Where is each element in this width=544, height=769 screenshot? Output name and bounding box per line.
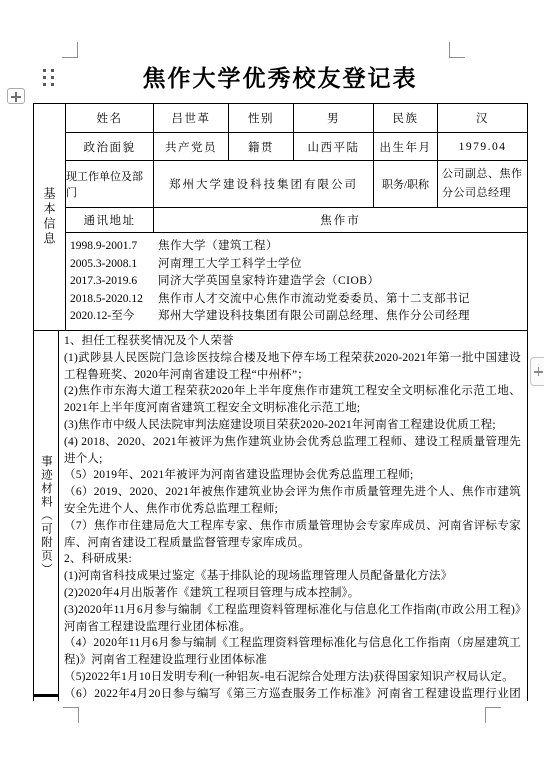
education-period: 2018.5-2020.12	[70, 291, 158, 309]
deeds-paragraph: （7）焦作市住建局危大工程库专家、焦作市质量管理协会专家库成员、河南省评标专家库…	[64, 518, 521, 552]
name-label: 姓名	[66, 104, 154, 133]
deeds-paragraph: (2)2020年4月出版著作《建筑工程项目管理与成本控制》。	[64, 585, 521, 602]
education-row: 2017.3-2019.6 同济大学英国皇家特许建造学会（CIOB）	[70, 273, 379, 291]
deeds-paragraph: （6）2022年4月20日参与编写《第三方巡查服务工作标准》河南省工程建设监理行…	[64, 686, 521, 701]
education-period: 2020.12-至今	[70, 308, 158, 326]
position-label: 职务/职称	[374, 161, 438, 208]
page-margin-mark-bottom-left	[63, 707, 79, 723]
employer-value: 郑州大学建设科技集团有限公司	[154, 161, 374, 208]
deeds-paragraph: （4）2020年11月6月参与编制《工程监理资料管理标准化与信息化工作指南（房屋…	[64, 635, 521, 669]
ethnicity-value: 汉	[438, 104, 528, 133]
education-period: 1998.9-2001.7	[70, 238, 158, 256]
table-move-handle-icon[interactable]	[7, 88, 25, 104]
address-value: 焦作市	[154, 208, 528, 233]
political-label: 政治面貌	[66, 133, 154, 161]
deeds-table: 事迹材料（可附页） 1、担任工程获奖情况及个人荣誉 (1)武陟县人民医院门急诊医…	[33, 330, 527, 701]
education-detail: 同济大学英国皇家特许建造学会（CIOB）	[158, 273, 379, 291]
gender-label: 性别	[229, 104, 294, 133]
deeds-paragraph: (2)焦作市东海大道工程荣获2020年上半年度焦作市建筑工程安全文明标准化示范工…	[64, 383, 521, 417]
education-detail: 焦作市人才交流中心焦作市流动党委委员、第十二支部书记	[158, 291, 470, 309]
education-detail: 郑州大学建设科技集团有限公司副总经理、焦作分公司经理	[158, 308, 470, 326]
page-margin-mark-top-right	[449, 42, 465, 58]
plus-button[interactable]	[530, 357, 544, 386]
document-page: 焦作大学优秀校友登记表 基本信息 姓名 吕世革 性别 男 民族 汉 政治面貌 共…	[0, 0, 544, 769]
education-row: 1998.9-2001.7 焦作大学（建筑工程）	[70, 238, 278, 256]
political-value: 共产党员	[154, 133, 229, 161]
ethnicity-label: 民族	[374, 104, 438, 133]
native-place-value: 山西平陆	[294, 133, 374, 161]
position-value: 公司副总、焦作分公司总经理	[438, 161, 528, 208]
deeds-paragraph: 2、科研成果:	[64, 551, 521, 568]
education-period: 2017.3-2019.6	[70, 273, 158, 291]
form-title: 焦作大学优秀校友登记表	[33, 60, 527, 93]
education-period: 2005.3-2008.1	[70, 256, 158, 274]
section-label-deeds: 事迹材料（可附页）	[34, 330, 59, 701]
address-label: 通讯地址	[66, 208, 154, 233]
deeds-paragraph: （5）2019年、2021年被评为河南省建设监理协会优秀总监理工程师;	[64, 467, 521, 484]
gender-value: 男	[294, 104, 374, 133]
education-row: 2005.3-2008.1 河南理工大学工科学士学位	[70, 256, 302, 274]
education-row: 2020.12-至今 郑州大学建设科技集团有限公司副总经理、焦作分公司经理	[70, 308, 470, 326]
deeds-paragraph: (3)2020年11月6月参与编制《工程监理资料管理标准化与信息化工作指南(市政…	[64, 602, 521, 636]
basic-info-table: 基本信息 姓名 吕世革 性别 男 民族 汉 政治面貌 共产党员 籍贯 山西平陆 …	[33, 103, 528, 331]
deeds-paragraph: （6）2019、2020、2021年被焦作建筑业协会评为焦作市质量管理先进个人、…	[64, 484, 521, 518]
deeds-paragraph: (1)武陟县人民医院门急诊医技综合楼及地下停车场工程荣获2020-2021年第一…	[64, 350, 521, 384]
deeds-paragraph: (3)焦作市中级人民法院审判法庭建设项目荣获2020-2021年河南省工程建设优…	[64, 417, 521, 434]
education-row: 2018.5-2020.12 焦作市人才交流中心焦作市流动党委委员、第十二支部书…	[70, 291, 470, 309]
birth-value: 1979.04	[438, 133, 528, 161]
education-detail: 河南理工大学工科学士学位	[158, 256, 302, 274]
section-label-basic-info: 基本信息	[34, 104, 66, 331]
education-detail: 焦作大学（建筑工程）	[158, 238, 278, 256]
birth-label: 出生年月	[374, 133, 438, 161]
deeds-paragraph: （5)2022年1月10日发明专利(一种铝灰-电石泥综合处理方法)获得国家知识产…	[64, 669, 521, 686]
deeds-content-cell: 1、担任工程获奖情况及个人荣誉 (1)武陟县人民医院门急诊医技综合楼及地下停车场…	[59, 330, 528, 701]
employer-label: 现工作单位及部门	[66, 161, 154, 208]
deeds-paragraph: 1、担任工程获奖情况及个人荣誉	[64, 333, 521, 350]
deeds-paragraph: (1)河南省科技成果过鉴定《基于排队论的现场监理管理人员配备量化方法》	[64, 568, 521, 585]
page-margin-mark-bottom-right	[485, 707, 501, 723]
deeds-paragraph: (4) 2018、2020、2021年被评为焦作建筑业协会优秀总监理工程师、建设…	[64, 434, 521, 468]
name-value: 吕世革	[154, 104, 229, 133]
native-place-label: 籍贯	[229, 133, 294, 161]
education-history-cell: 1998.9-2001.7 焦作大学（建筑工程） 2005.3-2008.1 河…	[66, 233, 528, 331]
page-margin-mark-top-left	[62, 42, 78, 58]
table-pagebreak-edge	[33, 694, 59, 697]
